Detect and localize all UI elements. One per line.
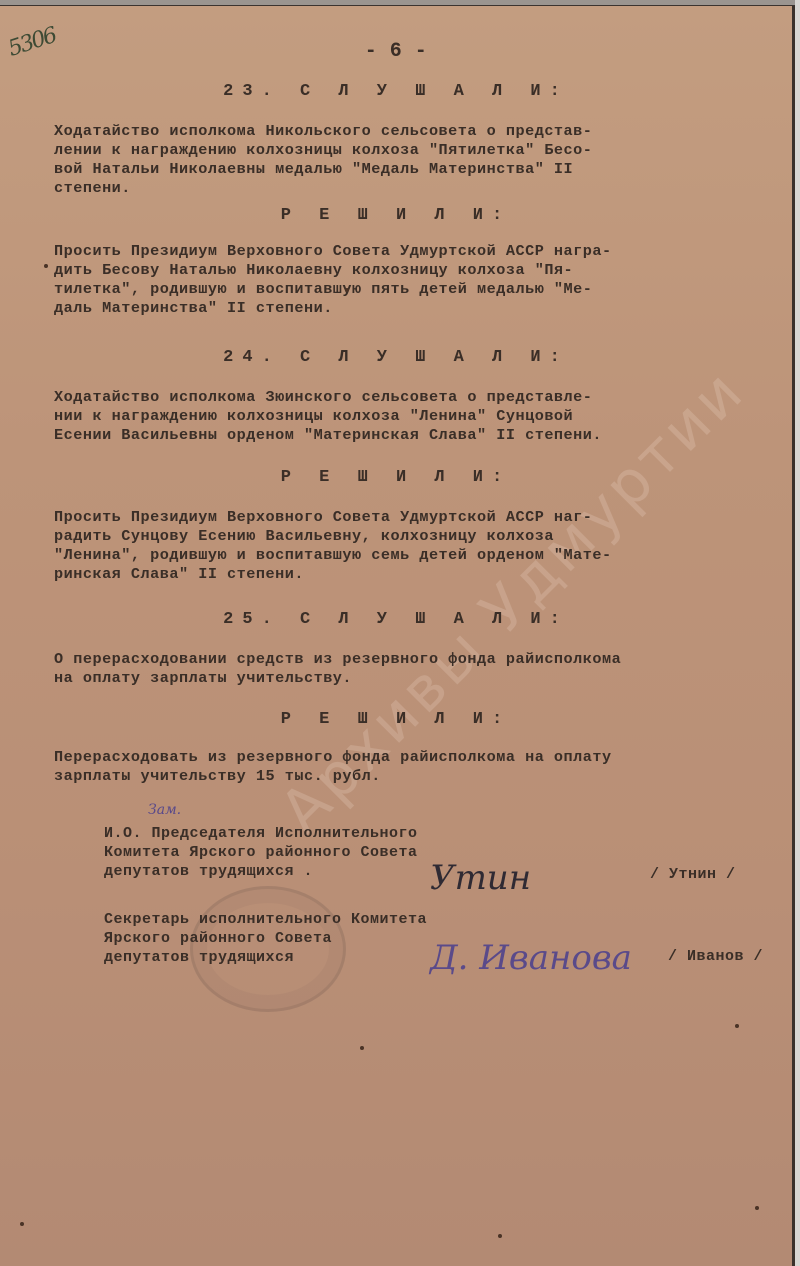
item-25-heard-text: О перерасходовании средств из резервного… (54, 650, 794, 688)
item-24-heard-heading: 24. С Л У Ш А Л И: (0, 348, 792, 367)
item-24-decided-text: Просить Президиум Верховного Совета Удму… (54, 508, 794, 584)
secretary-name: / Иванов / (668, 948, 763, 965)
item-23-heard-text: Ходатайство исполкома Никольского сельсо… (54, 122, 794, 198)
scan-right-margin (795, 0, 800, 1266)
item-24-decided-heading: Р Е Ш И Л И: (0, 468, 792, 487)
paper-speck (20, 1222, 24, 1226)
paper-speck (755, 1206, 759, 1210)
chairman-name: / Утнин / (650, 866, 736, 883)
item-23-heard-heading: 23. С Л У Ш А Л И: (0, 82, 792, 101)
page-number: - 6 - (0, 40, 792, 63)
chairman-title: И.О. Председателя Исполнительного Комите… (104, 824, 418, 881)
secretary-signature: Д. Иванова (430, 938, 632, 978)
document-page: Архивы Удмуртии 5306 - 6 - 23. С Л У Ш А… (0, 6, 795, 1266)
handwritten-note: Зам. (148, 802, 181, 818)
chairman-signature: Утин (430, 858, 531, 898)
item-25-heard-heading: 25. С Л У Ш А Л И: (0, 610, 792, 629)
paper-speck (44, 264, 48, 268)
secretary-title: Секретарь исполнительного Комитета Ярско… (104, 910, 427, 967)
paper-speck (345, 288, 349, 292)
item-25-decided-text: Перерасходовать из резервного фонда райи… (54, 748, 794, 786)
paper-speck (360, 1046, 364, 1050)
item-23-decided-text: Просить Президиум Верховного Совета Удму… (54, 242, 794, 318)
paper-speck (735, 1024, 739, 1028)
paper-speck (498, 1234, 502, 1238)
item-24-heard-text: Ходатайство исполкома Зюинского сельсове… (54, 388, 794, 445)
item-23-decided-heading: Р Е Ш И Л И: (0, 206, 792, 225)
item-25-decided-heading: Р Е Ш И Л И: (0, 710, 792, 729)
